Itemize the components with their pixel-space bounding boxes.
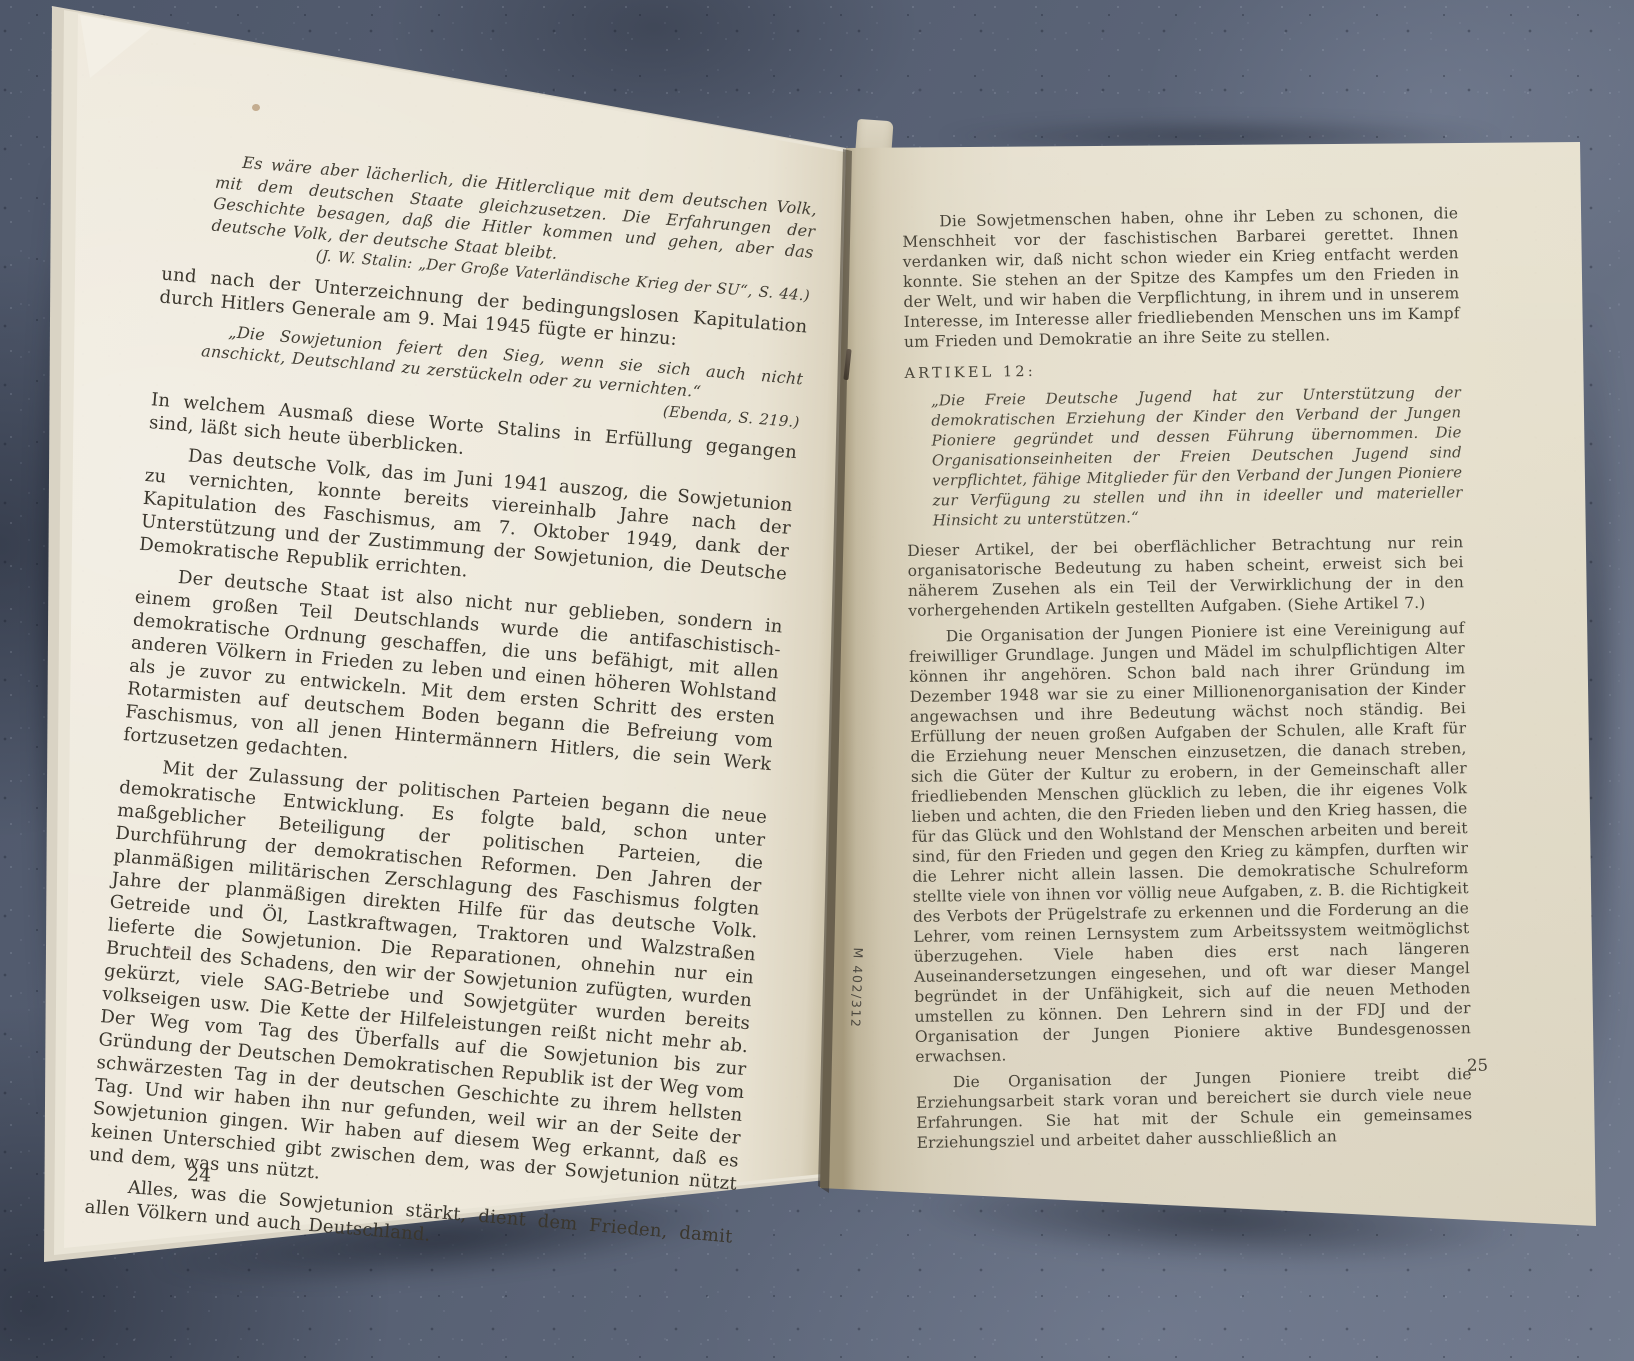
page-number-left: 24 [186, 1163, 211, 1186]
paragraph: Die Organisation der Jungen Pioniere ist… [909, 618, 1472, 1067]
paragraph: Die Sowjetmenschen haben, ohne ihr Leben… [902, 203, 1460, 352]
book-photograph: M 402/312 Es wäre aber lächerlich, die H… [0, 0, 1634, 1361]
artikel-12-heading: ARTIKEL 12: [904, 355, 1460, 384]
fox-spot [252, 104, 260, 111]
right-page-text: Die Sowjetmenschen haben, ohne ihr Leben… [902, 203, 1473, 1159]
library-stamp: M 402/312 [848, 947, 866, 1029]
artikel-12-quote: „Die Freie Deutsche Jugend hat zur Unter… [931, 382, 1463, 530]
paragraph: Die Organisation der Jungen Pioniere tre… [916, 1064, 1473, 1153]
paragraph: Mit der Zulassung der politischen Partei… [88, 753, 768, 1219]
paragraph: Dieser Artikel, der bei oberflächlicher … [907, 532, 1464, 621]
left-page-text: Es wäre aber lächerlich, die Hitlercliqu… [83, 146, 818, 1278]
page-number-right: 25 [1428, 1056, 1488, 1076]
